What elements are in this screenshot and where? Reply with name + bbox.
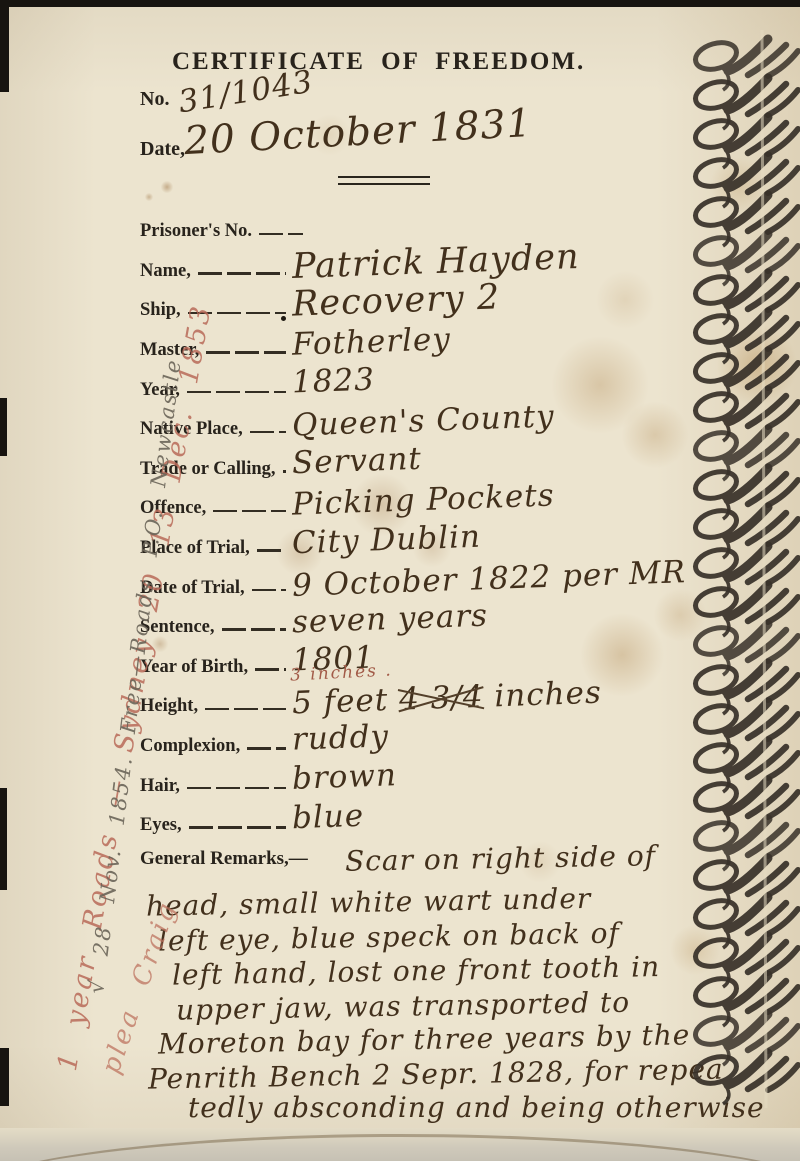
scan-edge-left-3 [0, 1048, 9, 1106]
field-value: Fotherley [291, 321, 451, 363]
field-label: Name, [140, 261, 191, 282]
date-label: Date, [140, 138, 185, 161]
field-master: Master, Fotherley [140, 331, 760, 371]
remarks-label: General Remarks,— [140, 848, 308, 869]
field-rule [198, 272, 286, 275]
scan-edge-top-left [0, 0, 9, 92]
field-label: Height, [140, 696, 198, 717]
scan-edge-left-1 [0, 398, 7, 456]
field-value: City Dublin [291, 518, 481, 561]
no-label: No. [140, 88, 169, 111]
field-label: Eyes, [140, 815, 182, 836]
binding-coil-border [690, 30, 800, 1108]
field-label: Year of Birth, [140, 657, 248, 678]
field-native-place: Native Place, Queen's County [140, 410, 760, 450]
height-prefix: 5 feet [291, 682, 399, 722]
field-value: ruddy [291, 718, 389, 757]
field-rule [257, 549, 286, 552]
scan-edge-left-2 [0, 788, 7, 890]
field-rule [250, 431, 286, 434]
field-value: seven years [291, 598, 488, 641]
field-rule [252, 589, 286, 592]
scan-edge-top [0, 0, 800, 7]
general-remarks: General Remarks,— Scar on right side of … [140, 848, 780, 1160]
field-rule [255, 668, 286, 671]
field-complexion: Complexion, ruddy [140, 727, 760, 767]
document-title: CERTIFICATE OF FREEDOM. [172, 48, 585, 76]
field-value: Servant [291, 440, 422, 481]
section-divider-rule [338, 176, 430, 185]
certificate-of-freedom-document: CERTIFICATE OF FREEDOM. No. 31/1043 Date… [0, 0, 800, 1161]
ink-dot [281, 316, 286, 321]
field-rule [187, 787, 286, 790]
field-value: Picking Pockets [291, 478, 555, 523]
field-label: Hair, [140, 776, 180, 797]
field-rule [213, 510, 286, 513]
form-fields: Prisoner's No. Name, Patrick Hayden Ship… [140, 212, 760, 846]
field-sentence: Sentence, seven years [140, 608, 760, 648]
field-label: Complexion, [140, 736, 240, 757]
field-label: Ship, [140, 300, 181, 321]
field-rule [247, 747, 286, 750]
field-rule [189, 826, 286, 829]
height-suffix: inches [483, 675, 603, 715]
remarks-header: General Remarks,— Scar on right side of [140, 848, 780, 884]
field-value: Recovery 2 [291, 278, 500, 325]
field-rule [222, 628, 287, 631]
field-eyes: Eyes, blue [140, 806, 760, 846]
field-rule [259, 233, 303, 236]
field-value: brown [291, 757, 397, 797]
field-hair: Hair, brown [140, 766, 760, 806]
field-label: Prisoner's No. [140, 221, 252, 242]
height-struck-value: 4 3/4 [398, 679, 484, 718]
field-rule [283, 470, 287, 473]
field-value: 1823 [291, 362, 375, 401]
field-value: blue [291, 798, 364, 836]
page-bottom-edge [0, 1128, 800, 1161]
field-height: Height, 5 feet 4 3/4 inches 3 inches . [140, 687, 760, 727]
remarks-line: Scar on right side of [345, 839, 657, 877]
field-rule [206, 351, 286, 354]
field-rule [205, 708, 286, 711]
